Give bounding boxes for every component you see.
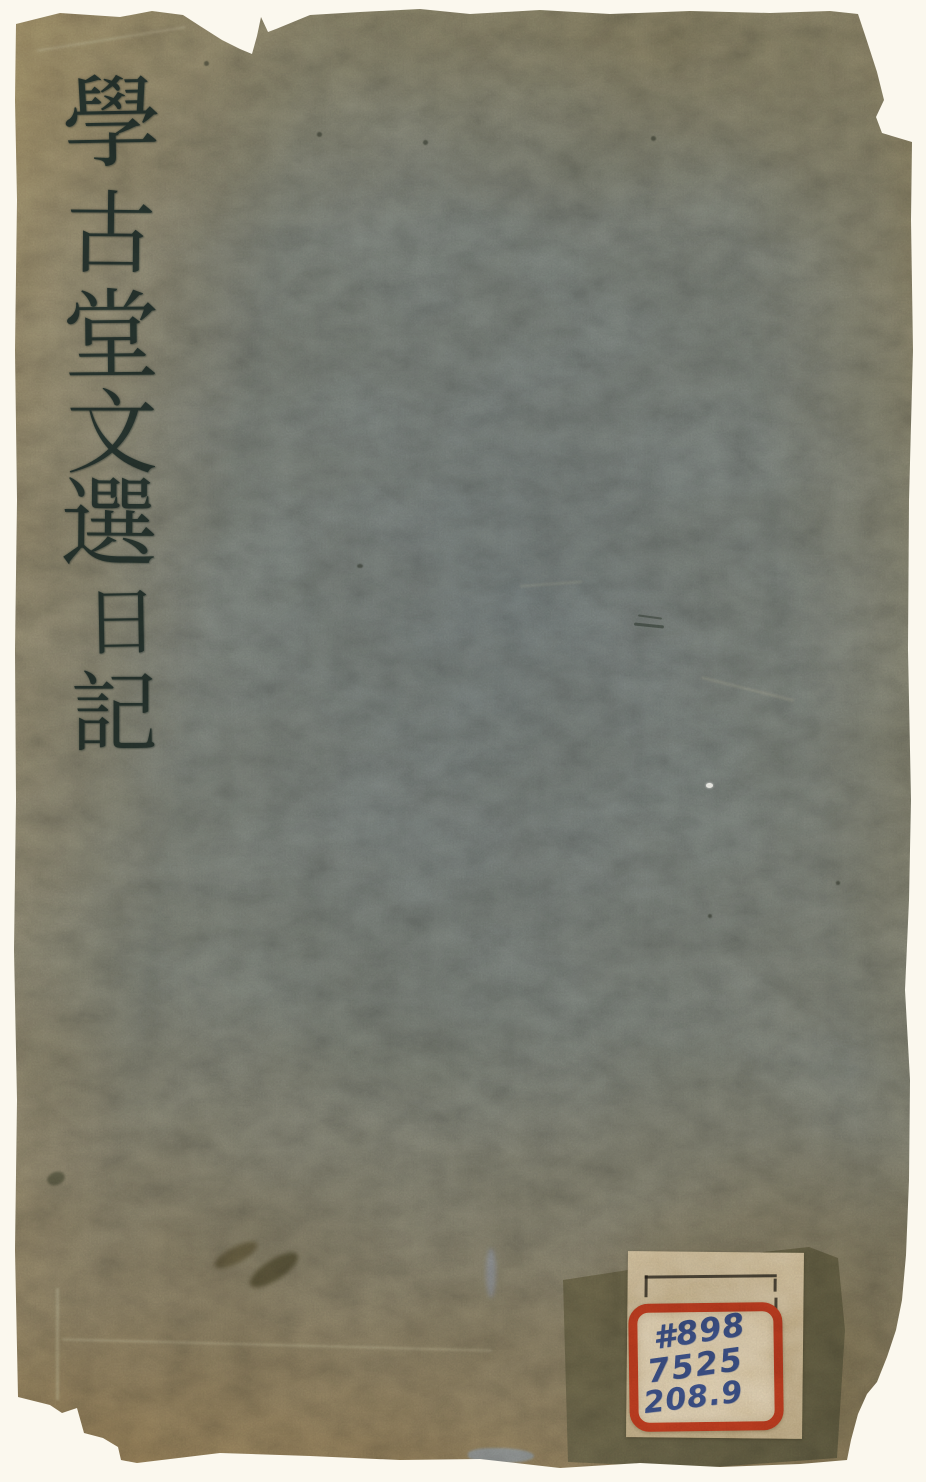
- title-char: 日: [83, 585, 158, 660]
- crease-line: [56, 1288, 59, 1400]
- title-char: 記: [70, 670, 158, 758]
- speck: [357, 564, 363, 568]
- title-char: 文: [66, 388, 158, 480]
- label-frame-dash: [774, 1279, 777, 1292]
- scan-surface: 學 古 堂 文 選 日 記: [0, 0, 926, 1482]
- book-cover: 學 古 堂 文 選 日 記: [0, 0, 926, 1482]
- speck: [317, 132, 322, 137]
- speck: [651, 136, 656, 141]
- speck: [423, 140, 428, 145]
- call-number-line: 208.9: [642, 1377, 745, 1419]
- label-frame-line: [644, 1275, 647, 1297]
- title-char: 堂: [62, 288, 161, 387]
- speck: [708, 914, 712, 918]
- blue-streak-mark: [486, 1248, 496, 1298]
- speck: [836, 881, 840, 885]
- call-number-label: #898 7525 208.9: [628, 1302, 784, 1432]
- speck: [204, 61, 209, 66]
- paper-chip: [468, 1448, 534, 1463]
- white-speck: [706, 783, 713, 788]
- title-char: 學: [61, 73, 163, 175]
- title-char: 古: [66, 190, 157, 281]
- label-frame-line: [645, 1274, 777, 1278]
- title-char: 選: [60, 476, 159, 575]
